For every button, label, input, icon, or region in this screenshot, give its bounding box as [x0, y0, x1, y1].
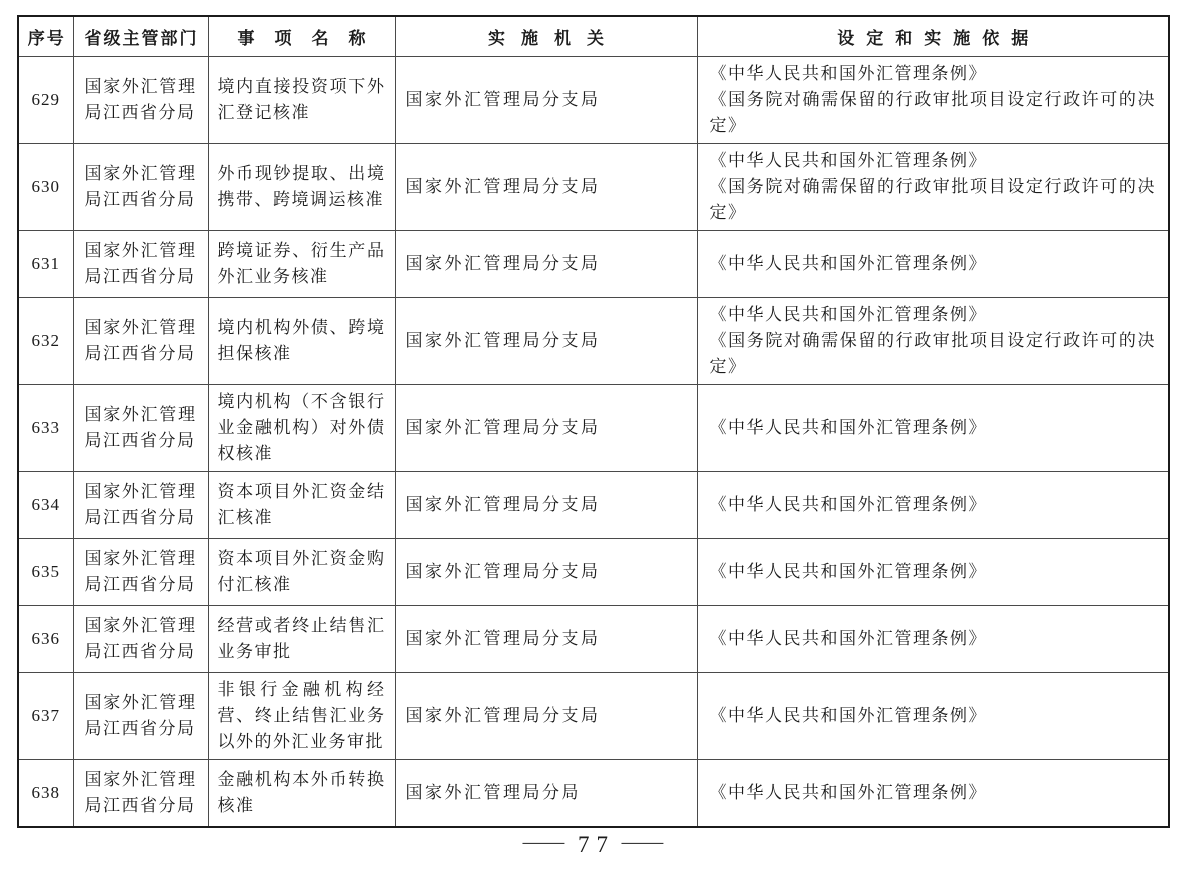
item-cell: 金融机构本外币转换核准 — [208, 759, 395, 827]
page-footer: —77— — [0, 832, 1186, 858]
table-row: 632国家外汇管理局江西省分局境内机构外债、跨境担保核准国家外汇管理局分支局《中… — [18, 297, 1169, 384]
basis-cell: 《中华人民共和国外汇管理条例》《国务院对确需保留的行政审批项目设定行政许可的决定… — [697, 143, 1169, 230]
agency-cell: 国家外汇管理局分支局 — [395, 672, 697, 759]
agency-cell: 国家外汇管理局分支局 — [395, 605, 697, 672]
basis-cell: 《中华人民共和国外汇管理条例》 — [697, 230, 1169, 297]
item-cell: 经营或者终止结售汇业务审批 — [208, 605, 395, 672]
basis-cell: 《中华人民共和国外汇管理条例》 — [697, 538, 1169, 605]
item-cell: 外币现钞提取、出境携带、跨境调运核准 — [208, 143, 395, 230]
dept-cell: 国家外汇管理局江西省分局 — [73, 471, 208, 538]
dept-cell: 国家外汇管理局江西省分局 — [73, 56, 208, 143]
basis-text: 《中华人民共和国外汇管理条例》 — [710, 61, 1157, 87]
dept-cell: 国家外汇管理局江西省分局 — [73, 605, 208, 672]
table-row: 634国家外汇管理局江西省分局资本项目外汇资金结汇核准国家外汇管理局分支局《中华… — [18, 471, 1169, 538]
basis-cell: 《中华人民共和国外汇管理条例》《国务院对确需保留的行政审批项目设定行政许可的决定… — [697, 56, 1169, 143]
table-row: 635国家外汇管理局江西省分局资本项目外汇资金购付汇核准国家外汇管理局分支局《中… — [18, 538, 1169, 605]
agency-cell: 国家外汇管理局分支局 — [395, 297, 697, 384]
table-row: 633国家外汇管理局江西省分局境内机构（不含银行业金融机构）对外债权核准国家外汇… — [18, 384, 1169, 471]
basis-text: 《国务院对确需保留的行政审批项目设定行政许可的决定》 — [710, 87, 1157, 139]
basis-text: 《中华人民共和国外汇管理条例》 — [710, 302, 1157, 328]
dept-cell: 国家外汇管理局江西省分局 — [73, 143, 208, 230]
table-row: 637国家外汇管理局江西省分局非银行金融机构经营、终止结售汇业务以外的外汇业务审… — [18, 672, 1169, 759]
no-cell: 633 — [18, 384, 73, 471]
item-cell: 跨境证券、衍生产品外汇业务核准 — [208, 230, 395, 297]
item-cell: 境内机构外债、跨境担保核准 — [208, 297, 395, 384]
no-cell: 635 — [18, 538, 73, 605]
document-page: 序号省级主管部门事项名称实施机关设定和实施依据 629国家外汇管理局江西省分局境… — [0, 0, 1186, 883]
dept-cell: 国家外汇管理局江西省分局 — [73, 672, 208, 759]
basis-cell: 《中华人民共和国外汇管理条例》 — [697, 384, 1169, 471]
basis-cell: 《中华人民共和国外汇管理条例》 — [697, 471, 1169, 538]
dept-cell: 国家外汇管理局江西省分局 — [73, 230, 208, 297]
basis-text: 《中华人民共和国外汇管理条例》 — [710, 703, 1157, 729]
table-row: 629国家外汇管理局江西省分局境内直接投资项下外汇登记核准国家外汇管理局分支局《… — [18, 56, 1169, 143]
table-header-row: 序号省级主管部门事项名称实施机关设定和实施依据 — [18, 16, 1169, 56]
no-cell: 629 — [18, 56, 73, 143]
table-row: 636国家外汇管理局江西省分局经营或者终止结售汇业务审批国家外汇管理局分支局《中… — [18, 605, 1169, 672]
agency-cell: 国家外汇管理局分支局 — [395, 230, 697, 297]
basis-text: 《国务院对确需保留的行政审批项目设定行政许可的决定》 — [710, 174, 1157, 226]
item-cell: 境内机构（不含银行业金融机构）对外债权核准 — [208, 384, 395, 471]
agency-cell: 国家外汇管理局分支局 — [395, 143, 697, 230]
basis-cell: 《中华人民共和国外汇管理条例》 — [697, 605, 1169, 672]
column-header-agency: 实施机关 — [395, 16, 697, 56]
table-row: 630国家外汇管理局江西省分局外币现钞提取、出境携带、跨境调运核准国家外汇管理局… — [18, 143, 1169, 230]
column-header-item: 事项名称 — [208, 16, 395, 56]
no-cell: 631 — [18, 230, 73, 297]
agency-cell: 国家外汇管理局分支局 — [395, 56, 697, 143]
footer-right-dash: — — [622, 829, 663, 855]
basis-text: 《中华人民共和国外汇管理条例》 — [710, 415, 1157, 441]
column-header-basis: 设定和实施依据 — [697, 16, 1169, 56]
basis-cell: 《中华人民共和国外汇管理条例》《国务院对确需保留的行政审批项目设定行政许可的决定… — [697, 297, 1169, 384]
footer-left-dash: — — [523, 829, 564, 855]
dept-cell: 国家外汇管理局江西省分局 — [73, 384, 208, 471]
no-cell: 638 — [18, 759, 73, 827]
no-cell: 630 — [18, 143, 73, 230]
no-cell: 636 — [18, 605, 73, 672]
table-row: 638国家外汇管理局江西省分局金融机构本外币转换核准国家外汇管理局分局《中华人民… — [18, 759, 1169, 827]
dept-cell: 国家外汇管理局江西省分局 — [73, 297, 208, 384]
column-header-no: 序号 — [18, 16, 73, 56]
agency-cell: 国家外汇管理局分支局 — [395, 384, 697, 471]
agency-cell: 国家外汇管理局分支局 — [395, 471, 697, 538]
item-cell: 资本项目外汇资金购付汇核准 — [208, 538, 395, 605]
agency-cell: 国家外汇管理局分局 — [395, 759, 697, 827]
basis-text: 《中华人民共和国外汇管理条例》 — [710, 492, 1157, 518]
basis-text: 《中华人民共和国外汇管理条例》 — [710, 780, 1157, 806]
no-cell: 637 — [18, 672, 73, 759]
agency-cell: 国家外汇管理局分支局 — [395, 538, 697, 605]
no-cell: 632 — [18, 297, 73, 384]
item-cell: 资本项目外汇资金结汇核准 — [208, 471, 395, 538]
basis-text: 《中华人民共和国外汇管理条例》 — [710, 148, 1157, 174]
table-row: 631国家外汇管理局江西省分局跨境证券、衍生产品外汇业务核准国家外汇管理局分支局… — [18, 230, 1169, 297]
column-header-dept: 省级主管部门 — [73, 16, 208, 56]
basis-text: 《中华人民共和国外汇管理条例》 — [710, 626, 1157, 652]
no-cell: 634 — [18, 471, 73, 538]
dept-cell: 国家外汇管理局江西省分局 — [73, 759, 208, 827]
footer-page-number: 77 — [571, 832, 615, 858]
basis-text: 《中华人民共和国外汇管理条例》 — [710, 559, 1157, 585]
basis-cell: 《中华人民共和国外汇管理条例》 — [697, 672, 1169, 759]
item-cell: 非银行金融机构经营、终止结售汇业务以外的外汇业务审批 — [208, 672, 395, 759]
basis-text: 《中华人民共和国外汇管理条例》 — [710, 251, 1157, 277]
basis-cell: 《中华人民共和国外汇管理条例》 — [697, 759, 1169, 827]
dept-cell: 国家外汇管理局江西省分局 — [73, 538, 208, 605]
basis-text: 《国务院对确需保留的行政审批项目设定行政许可的决定》 — [710, 328, 1157, 380]
approval-items-table: 序号省级主管部门事项名称实施机关设定和实施依据 629国家外汇管理局江西省分局境… — [17, 15, 1170, 828]
item-cell: 境内直接投资项下外汇登记核准 — [208, 56, 395, 143]
